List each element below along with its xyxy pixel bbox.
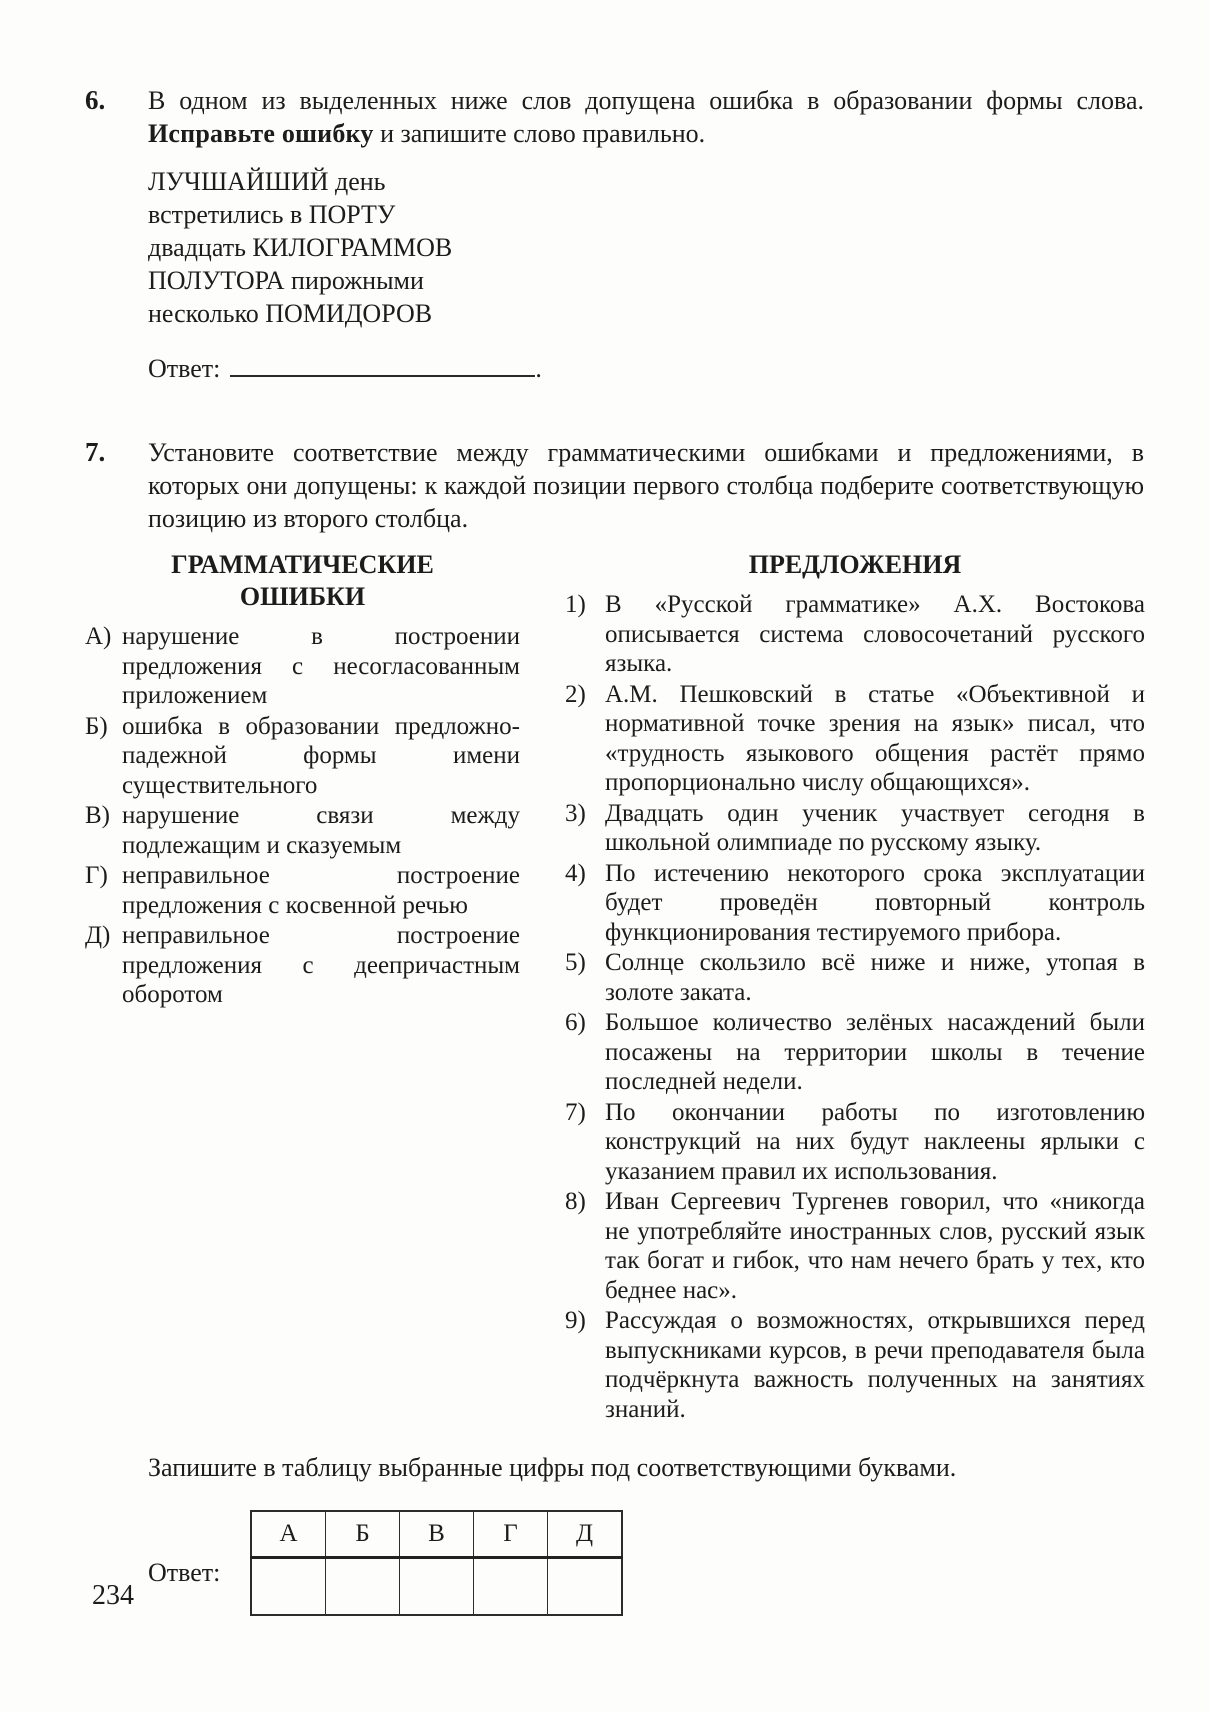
- task6-intro-bold: Исправьте ошибку: [148, 119, 374, 148]
- table-input-cell[interactable]: [400, 1558, 474, 1616]
- task6-answer-period: .: [535, 354, 542, 383]
- word-item: несколько ПОМИДОРОВ: [148, 297, 1144, 330]
- task7-answer-label: Ответ:: [148, 1510, 250, 1590]
- sentence-text: Двадцать один ученик участвует сегодня в…: [605, 799, 1145, 858]
- table-header-cell: А: [251, 1511, 326, 1558]
- task6-section: 6. В одном из выделенных ниже слов допущ…: [85, 84, 1144, 386]
- table-header-cell: В: [400, 1511, 474, 1558]
- page-content: 6. В одном из выделенных ниже слов допущ…: [0, 0, 1210, 1616]
- word-item: ПОЛУТОРА пирожными: [148, 264, 1144, 297]
- sentence-text: Рассуждая о возможностях, открывшихся пе…: [605, 1306, 1145, 1424]
- sentence-text: По окончании работы по изготовлению конс…: [605, 1098, 1145, 1187]
- task7-intro: Установите соответствие между грамматиче…: [148, 436, 1144, 535]
- sentence-item: 3) Двадцать один ученик участвует сегодн…: [565, 799, 1145, 858]
- table-input-cell[interactable]: [548, 1558, 623, 1616]
- task6-number: 6.: [85, 84, 148, 117]
- table-header-cell: Б: [326, 1511, 400, 1558]
- answer-table: А Б В Г Д: [250, 1510, 623, 1616]
- sentence-item: 4) По истечению некоторого срока эксплуа…: [565, 859, 1145, 948]
- errors-header-line1: ГРАММАТИЧЕСКИЕ: [85, 549, 520, 581]
- sentence-text: А.М. Пешковский в статье «Объективной и …: [605, 680, 1145, 798]
- task6-answer-blank[interactable]: [230, 349, 535, 377]
- sentence-label: 7): [565, 1098, 605, 1187]
- sentence-item: 2) А.М. Пешковский в статье «Объективной…: [565, 680, 1145, 798]
- sentences-list: 1) В «Русской грамматике» А.Х. Востокова…: [565, 590, 1145, 1424]
- error-text: неправильное построение предложения с ко…: [122, 861, 520, 920]
- answer-table-input-row: [251, 1558, 622, 1616]
- table-input-cell[interactable]: [326, 1558, 400, 1616]
- error-item: А) нарушение в построении предложения с …: [85, 622, 520, 711]
- error-text: ошибка в образовании предложно-падежной …: [122, 712, 520, 801]
- task6-intro-before: В одном из выделенных ниже слов допущена…: [148, 86, 1144, 115]
- sentence-text: По истечению некоторого срока эксплуатац…: [605, 859, 1145, 948]
- errors-list: А) нарушение в построении предложения с …: [85, 622, 520, 1010]
- sentence-label: 6): [565, 1008, 605, 1097]
- error-label: В): [85, 801, 122, 860]
- sentence-item: 5) Солнце скользило всё ниже и ниже, уто…: [565, 948, 1145, 1007]
- sentence-label: 3): [565, 799, 605, 858]
- error-text: нарушение в построении предложения с нес…: [122, 622, 520, 711]
- sentence-label: 9): [565, 1306, 605, 1424]
- task7-columns: ГРАММАТИЧЕСКИЕ ОШИБКИ А) нарушение в пос…: [85, 549, 1144, 1425]
- error-label: А): [85, 622, 122, 711]
- errors-header-line2: ОШИБКИ: [85, 581, 520, 613]
- task7-table-instruction: Запишите в таблицу выбранные цифры под с…: [148, 1451, 1144, 1484]
- error-item: В) нарушение связи между подлежащим и ск…: [85, 801, 520, 860]
- sentence-text: Иван Сергеевич Тургенев говорил, что «ни…: [605, 1187, 1145, 1305]
- task6-answer-line: Ответ:.: [148, 349, 1144, 386]
- sentence-item: 6) Большое количество зелёных насаждений…: [565, 1008, 1145, 1097]
- sentence-item: 7) По окончании работы по изготовлению к…: [565, 1098, 1145, 1187]
- error-item: Г) неправильное построение предложения с…: [85, 861, 520, 920]
- error-label: Г): [85, 861, 122, 920]
- sentence-item: 9) Рассуждая о возможностях, открывшихся…: [565, 1306, 1145, 1424]
- table-header-cell: Д: [548, 1511, 623, 1558]
- sentence-label: 8): [565, 1187, 605, 1305]
- task7-section: 7. Установите соответствие между граммат…: [85, 436, 1144, 1616]
- errors-header: ГРАММАТИЧЕСКИЕ ОШИБКИ: [85, 549, 520, 613]
- table-input-cell[interactable]: [251, 1558, 326, 1616]
- task7-number: 7.: [85, 436, 148, 469]
- sentence-label: 4): [565, 859, 605, 948]
- task6-body: В одном из выделенных ниже слов допущена…: [148, 84, 1144, 386]
- table-input-cell[interactable]: [474, 1558, 548, 1616]
- sentence-label: 5): [565, 948, 605, 1007]
- error-item: Б) ошибка в образовании предложно-падежн…: [85, 712, 520, 801]
- sentence-text: В «Русской грамматике» А.Х. Востокова оп…: [605, 590, 1145, 679]
- sentence-text: Большое количество зелёных насаждений бы…: [605, 1008, 1145, 1097]
- task7-body: Установите соответствие между грамматиче…: [148, 436, 1144, 1616]
- error-item: Д) неправильное построение предложения с…: [85, 921, 520, 1010]
- task7-answer-area: Ответ: А Б В Г Д: [148, 1510, 1144, 1616]
- task6-answer-label: Ответ:: [148, 354, 220, 383]
- sentences-header: ПРЕДЛОЖЕНИЯ: [565, 549, 1145, 581]
- word-item: ЛУЧШАЙШИЙ день: [148, 165, 1144, 198]
- task6-intro-after: и запишите слово правильно.: [374, 119, 706, 148]
- error-text: нарушение связи между подлежащим и сказу…: [122, 801, 520, 860]
- word-item: двадцать КИЛОГРАММОВ: [148, 231, 1144, 264]
- sentence-item: 8) Иван Сергеевич Тургенев говорил, что …: [565, 1187, 1145, 1305]
- word-item: встретились в ПОРТУ: [148, 198, 1144, 231]
- error-label: Д): [85, 921, 122, 1010]
- sentence-label: 1): [565, 590, 605, 679]
- table-header-cell: Г: [474, 1511, 548, 1558]
- task6-word-list: ЛУЧШАЙШИЙ день встретились в ПОРТУ двадц…: [148, 165, 1144, 330]
- task6-intro: В одном из выделенных ниже слов допущена…: [148, 84, 1144, 150]
- page-number: 234: [92, 1580, 134, 1612]
- error-label: Б): [85, 712, 122, 801]
- sentences-column: ПРЕДЛОЖЕНИЯ 1) В «Русской грамматике» А.…: [565, 549, 1145, 1425]
- errors-column: ГРАММАТИЧЕСКИЕ ОШИБКИ А) нарушение в пос…: [85, 549, 520, 1425]
- sentence-item: 1) В «Русской грамматике» А.Х. Востокова…: [565, 590, 1145, 679]
- error-text: неправильное построение предложения с де…: [122, 921, 520, 1010]
- answer-table-header-row: А Б В Г Д: [251, 1511, 622, 1558]
- scanned-workbook-page: 6. В одном из выделенных ниже слов допущ…: [0, 0, 1210, 1712]
- sentence-text: Солнце скользило всё ниже и ниже, утопая…: [605, 948, 1145, 1007]
- sentence-label: 2): [565, 680, 605, 798]
